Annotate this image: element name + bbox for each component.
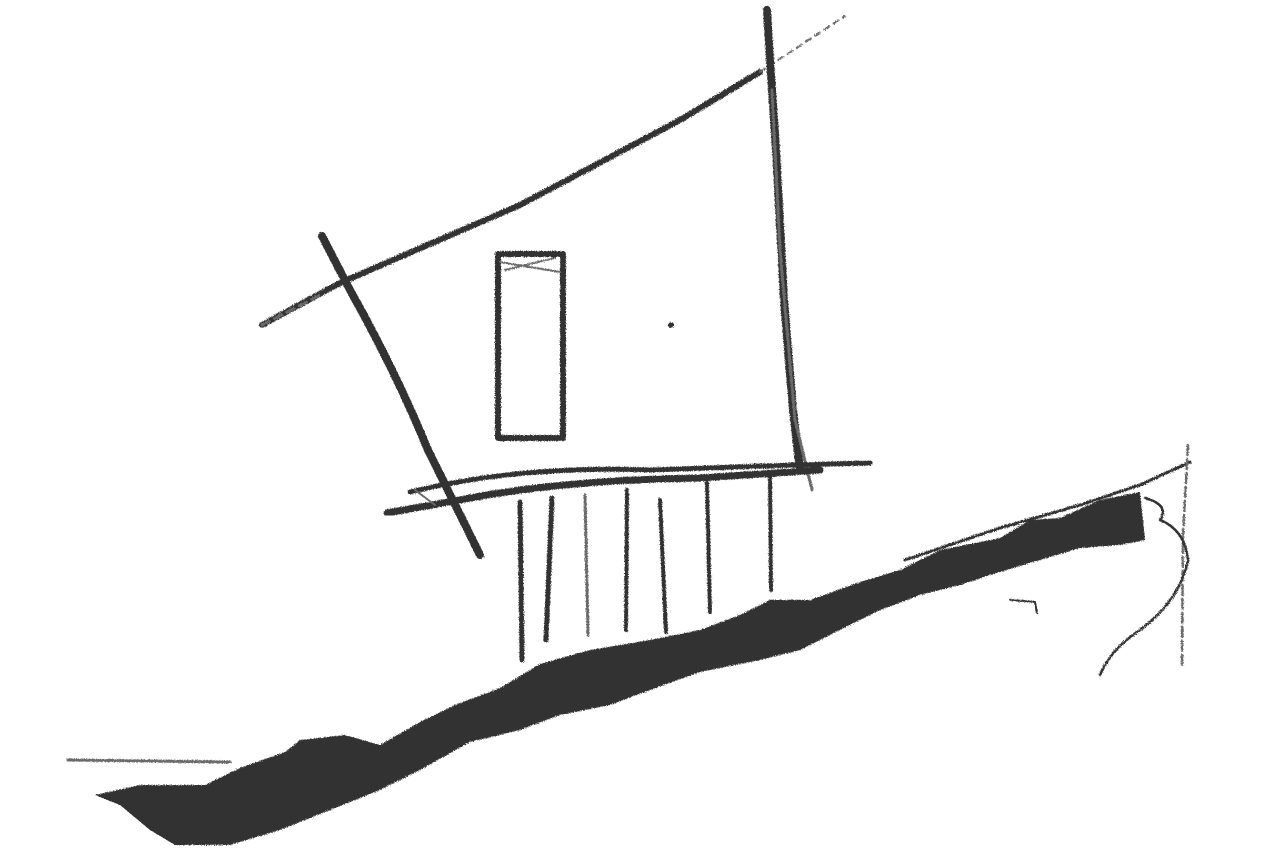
- piloti: [707, 483, 710, 612]
- right-wall: [767, 10, 800, 470]
- window-head-mark: [500, 258, 560, 272]
- window-group: [498, 254, 674, 438]
- architectural-sketch: [0, 0, 1280, 850]
- piloti: [770, 475, 771, 590]
- roof-group: [262, 16, 845, 325]
- window: [498, 254, 563, 438]
- terrain-group: [95, 462, 1190, 845]
- piloti: [520, 502, 522, 660]
- wall-dot: [668, 322, 674, 328]
- piloti: [585, 495, 588, 635]
- piloti: [546, 498, 552, 640]
- piloti: [660, 500, 666, 632]
- small-mark: [1010, 600, 1037, 613]
- sloped-roof-line: [262, 72, 760, 325]
- piloti: [626, 490, 627, 630]
- horizon-line: [68, 760, 230, 762]
- terrain: [95, 492, 1145, 845]
